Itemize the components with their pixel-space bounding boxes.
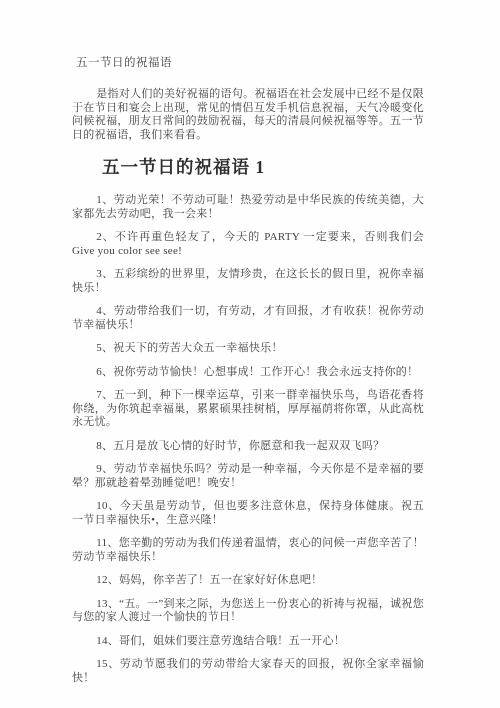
greeting-item-14: 14、哥们，姐妹们要注意劳逸结合哦！五一开心！ bbox=[72, 635, 424, 649]
greeting-item-2: 2、不许再重色轻友了，今天的 PARTY 一定要来，否则我们会 Give you… bbox=[72, 231, 424, 258]
greeting-item-15: 15、劳动节愿我们的劳动带给大家春天的回报，祝你全家幸福愉快！ bbox=[72, 658, 424, 685]
document-content: 五一节日的祝福语 是指对人们的美好祝福的语句。祝福语在社会发展中已经不是仅限于在… bbox=[72, 56, 424, 695]
greeting-item-9: 9、劳动节幸福快乐吗？劳动是一种幸福，今天你是不是幸福的要晕？那就趁着晕劲睡觉吧… bbox=[72, 463, 424, 490]
document-page: 五一节日的祝福语 是指对人们的美好祝福的语句。祝福语在社会发展中已经不是仅限于在… bbox=[0, 0, 500, 708]
greeting-item-13: 13、“五。一”到来之际，为您送上一份衷心的祈祷与祝福，诚祝您与您的家人渡过一个… bbox=[72, 598, 424, 625]
section-heading: 五一节日的祝福语 1 bbox=[102, 156, 424, 178]
greeting-item-5: 5、祝天下的劳苦大众五一幸福快乐！ bbox=[72, 342, 424, 356]
intro-paragraph: 是指对人们的美好祝福的语句。祝福语在社会发展中已经不是仅限于在节日和宴会上出现，… bbox=[72, 88, 424, 142]
document-title: 五一节日的祝福语 bbox=[76, 56, 424, 70]
greeting-item-6: 6、祝你劳动节愉快！心想事成！工作开心！我会永远支持你的！ bbox=[72, 366, 424, 380]
greeting-item-10: 10、今天虽是劳动节，但也要多注意休息，保持身体健康。祝五一节日幸福快乐•，生意… bbox=[72, 500, 424, 527]
greeting-item-3: 3、五彩缤纷的世界里，友情珍贵，在这长长的假日里，祝你幸福快乐！ bbox=[72, 268, 424, 295]
greeting-item-7: 7、五一到，种下一棵幸运草，引来一群幸福快乐鸟，鸟语花香将你绕，为你筑起幸福巢，… bbox=[72, 389, 424, 430]
greeting-item-11: 11、您辛勤的劳动为我们传递着温情，衷心的问候一声您辛苦了！劳动节幸福快乐！ bbox=[72, 537, 424, 564]
greeting-item-12: 12、妈妈，你辛苦了！五一在家好好休息吧！ bbox=[72, 574, 424, 588]
greeting-item-8: 8、五月是放飞心情的好时节，你愿意和我一起双双飞吗？ bbox=[72, 440, 424, 454]
greeting-item-1: 1、劳动光荣！不劳动可耻！热爱劳动是中华民族的传统美德，大家都先去劳动吧，我一会… bbox=[72, 194, 424, 221]
greeting-item-4: 4、劳动带给我们一切，有劳动，才有回报，才有收获！祝你劳动节幸福快乐！ bbox=[72, 305, 424, 332]
